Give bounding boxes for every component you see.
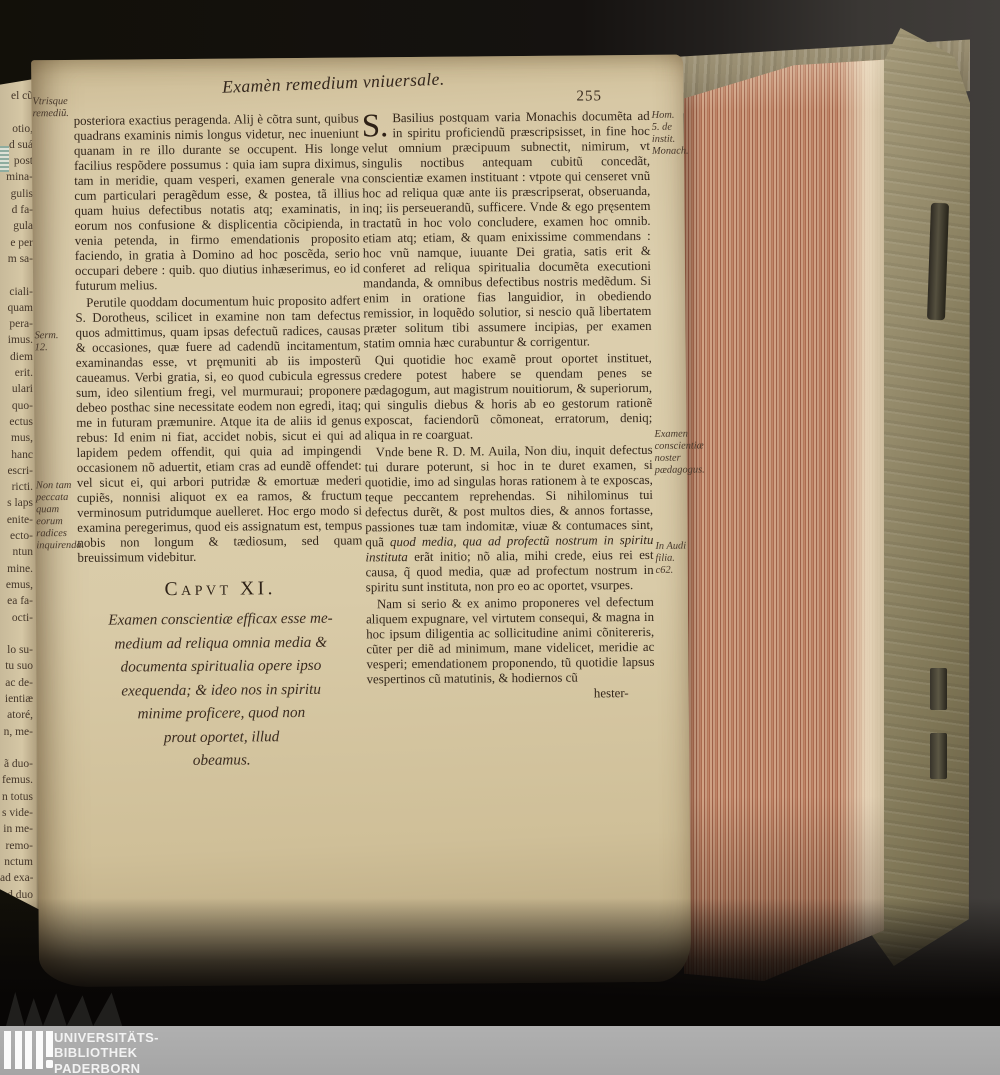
logo-bar [25, 1031, 32, 1069]
running-title: Examèn remedium vniuersale. [7, 61, 659, 106]
logo-bar [15, 1031, 22, 1069]
fragment-line: remo- [0, 840, 33, 856]
fragment-line: lo su- [0, 644, 33, 660]
fragment-line: ad exa- [0, 872, 33, 888]
chapter-argument: Examen conscientiæ efficax esse me-mediu… [78, 606, 364, 773]
right-text-column: S.Basilius postquam varia Monachis docum… [362, 109, 655, 703]
book-clasp [930, 668, 947, 710]
library-name: UNIVERSITÄTS- BIBLIOTHEK PADERBORN [54, 1030, 159, 1075]
fragment-line: octi- [0, 612, 33, 628]
argument-line: obeamus. [79, 747, 364, 773]
photographed-book-scan: el cũotio,d suápostmina-gulisd fa-gulae … [0, 0, 1000, 1075]
paragraph: S.Basilius postquam varia Monachis docum… [362, 109, 652, 352]
fragment-line: ectus [0, 416, 33, 432]
paragraph: Vnde bene R. D. M. Auila, Non diu, inqui… [365, 443, 654, 596]
fragment-line: escri- [0, 465, 33, 481]
margin-note: Examen conscientiæ noster pædagogus. [654, 429, 687, 477]
page-number: 255 [576, 88, 602, 105]
library-footer-bar: UNIVERSITÄTS- BIBLIOTHEK PADERBORN [0, 1026, 1000, 1075]
fragment-line: mina- [0, 171, 33, 187]
fragment-line: ricti. [0, 481, 33, 497]
paragraph-text: Basilius postquam varia Monachis documẽt… [362, 109, 652, 351]
fragment-line: ã duo- [0, 758, 33, 774]
fragment-line: n totus [0, 791, 33, 807]
drop-cap: S. [362, 111, 393, 139]
fragment-line: atoré, [0, 709, 33, 725]
fragment-line: tu suo [0, 660, 33, 676]
chapter-heading: Capvt XI. [78, 577, 363, 601]
fragment-line: hanc [0, 449, 33, 465]
fragment-line: nctum [0, 856, 33, 872]
fragment-line: pera- [0, 318, 33, 334]
fragment-line: ulari [0, 383, 33, 399]
fragment-line: mine. [0, 563, 33, 579]
fragment-line: n, me- [0, 726, 33, 742]
margin-note: Non tam peccata quam eorum radices inqui… [36, 480, 76, 552]
fragment-line: e per [0, 237, 33, 253]
paragraph: Nam si serio & ex animo proponeres vel d… [366, 595, 655, 688]
fragment-line: quo- [0, 400, 33, 416]
fragment-line: gula [0, 220, 33, 236]
argument-line: documenta spiritualia opere ipso [78, 653, 363, 679]
fragment-line: enite- [0, 514, 33, 530]
fragment-line: ecto- [0, 530, 33, 546]
logo-bar [46, 1031, 53, 1057]
fragment-line: diem [0, 351, 33, 367]
fragment-line: ientiæ [0, 693, 33, 709]
fragment-line: otio, [0, 123, 33, 139]
logo-bar [36, 1031, 43, 1069]
fragment-line: femus. [0, 774, 33, 790]
margin-note: Vtrisque remediũ. [32, 96, 71, 120]
fragment-line: s vide- [0, 807, 33, 823]
fragment-line: ea fa- [0, 595, 33, 611]
fragment-line: imus. [0, 334, 33, 350]
paragraph: Qui quotidie hoc examẽ prout oportet ins… [364, 351, 653, 444]
fragment-line: ntun [0, 546, 33, 562]
fragment-line: in me- [0, 823, 33, 839]
library-name-line: UNIVERSITÄTS- [54, 1030, 159, 1045]
margin-note: Serm. 12. [35, 330, 74, 354]
library-logo-icon [4, 1031, 53, 1071]
fragment-line: ac de- [0, 677, 33, 693]
fragment-line: mus, [0, 432, 33, 448]
fragment-line [0, 106, 33, 122]
book-page-255: Examèn remedium vniuersale. 255 Vtrisque… [31, 55, 691, 988]
fragment-line [0, 628, 33, 644]
logo-bar [4, 1031, 11, 1069]
book-bottom-shadow [0, 898, 1000, 1028]
fragment-line: s laps [0, 497, 33, 513]
left-margin-notes: Vtrisque remediũ. Serm. 12. Non tam pecc… [32, 60, 79, 987]
argument-line: Examen conscientiæ efficax esse me- [78, 606, 363, 632]
fragment-line: erit. [0, 367, 33, 383]
margin-note: In Audi filia. c62. [655, 541, 688, 577]
fragment-line: m sa- [0, 253, 33, 269]
book-clasp [930, 733, 947, 779]
fragment-line: d fa- [0, 204, 33, 220]
margin-note: Hom. 5. de instit. Monach. [652, 110, 685, 158]
paragraph-text: erãt initio; nõ alia, mihi crede, eius r… [366, 548, 654, 595]
paragraph: Perutile quoddam documentum huic proposi… [75, 293, 362, 565]
book-fore-edge-pages [684, 56, 884, 981]
library-name-line: BIBLIOTHEK [54, 1045, 159, 1060]
fragment-line: gulis [0, 188, 33, 204]
left-text-column: posteriora exactius peragenda. Alij è cõ… [74, 111, 365, 773]
fragment-line: ciali- [0, 286, 33, 302]
argument-line: minime proficere, quod non [79, 700, 364, 726]
fragment-line [0, 742, 33, 758]
fragment-line: emus, [0, 579, 33, 595]
argument-line: exequenda; & ideo nos in spiritu [79, 677, 364, 703]
fragment-line [0, 269, 33, 285]
argument-line: prout oportet, illud [79, 724, 364, 750]
catchword: hester- [367, 685, 655, 704]
library-name-line: PADERBORN [54, 1061, 159, 1075]
page-edge-color-band [0, 146, 9, 172]
paragraph: posteriora exactius peragenda. Alij è cõ… [74, 111, 361, 293]
fragment-line: quam [0, 302, 33, 318]
argument-line: medium ad reliqua omnia media & [78, 630, 363, 656]
